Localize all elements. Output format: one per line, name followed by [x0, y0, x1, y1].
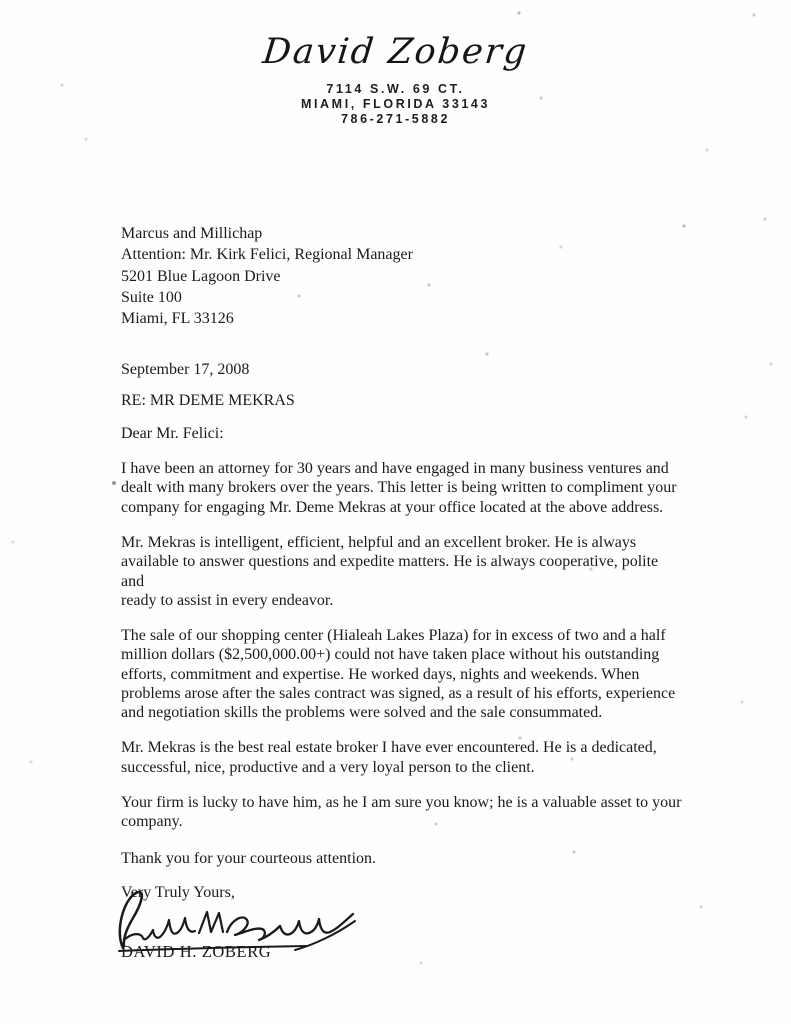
recipient-city: Miami, FL 33126: [121, 308, 683, 329]
letter-body: Marcus and Millichap Attention: Mr. Kirk…: [121, 223, 683, 982]
letterhead-city: MIAMI, FLORIDA 33143: [0, 97, 791, 112]
letterhead-name: David Zoberg: [0, 32, 791, 72]
recipient-attention: Attention: Mr. Kirk Felici, Regional Man…: [121, 244, 683, 265]
signature-block: DAVID H. ZOBERG: [121, 902, 683, 982]
recipient-block: Marcus and Millichap Attention: Mr. Kirk…: [121, 223, 683, 329]
paragraph-2: Mr. Mekras is intelligent, efficient, he…: [121, 533, 683, 611]
letterhead-address: 7114 S.W. 69 CT. MIAMI, FLORIDA 33143 78…: [0, 82, 791, 127]
recipient-suite: Suite 100: [121, 287, 683, 308]
paragraph-4: Mr. Mekras is the best real estate broke…: [121, 738, 683, 777]
letterhead-phone: 786-271-5882: [0, 112, 791, 127]
letterhead: David Zoberg 7114 S.W. 69 CT. MIAMI, FLO…: [0, 0, 791, 127]
date-line: September 17, 2008: [121, 361, 683, 379]
salutation: Dear Mr. Felici:: [121, 425, 683, 443]
closing-thanks: Thank you for your courteous attention.: [121, 850, 683, 868]
scan-noise: [0, 0, 2, 2]
paragraph-1: I have been an attorney for 30 years and…: [121, 459, 683, 517]
recipient-street: 5201 Blue Lagoon Drive: [121, 266, 683, 287]
signature-typed-name: DAVID H. ZOBERG: [121, 942, 271, 962]
recipient-company: Marcus and Millichap: [121, 223, 683, 244]
letterhead-street: 7114 S.W. 69 CT.: [0, 82, 791, 97]
letter-page: David Zoberg 7114 S.W. 69 CT. MIAMI, FLO…: [0, 0, 791, 1024]
paragraph-5: Your firm is lucky to have him, as he I …: [121, 793, 683, 832]
paragraph-3: The sale of our shopping center (Hialeah…: [121, 626, 683, 723]
subject-line: RE: MR DEME MEKRAS: [121, 392, 683, 410]
